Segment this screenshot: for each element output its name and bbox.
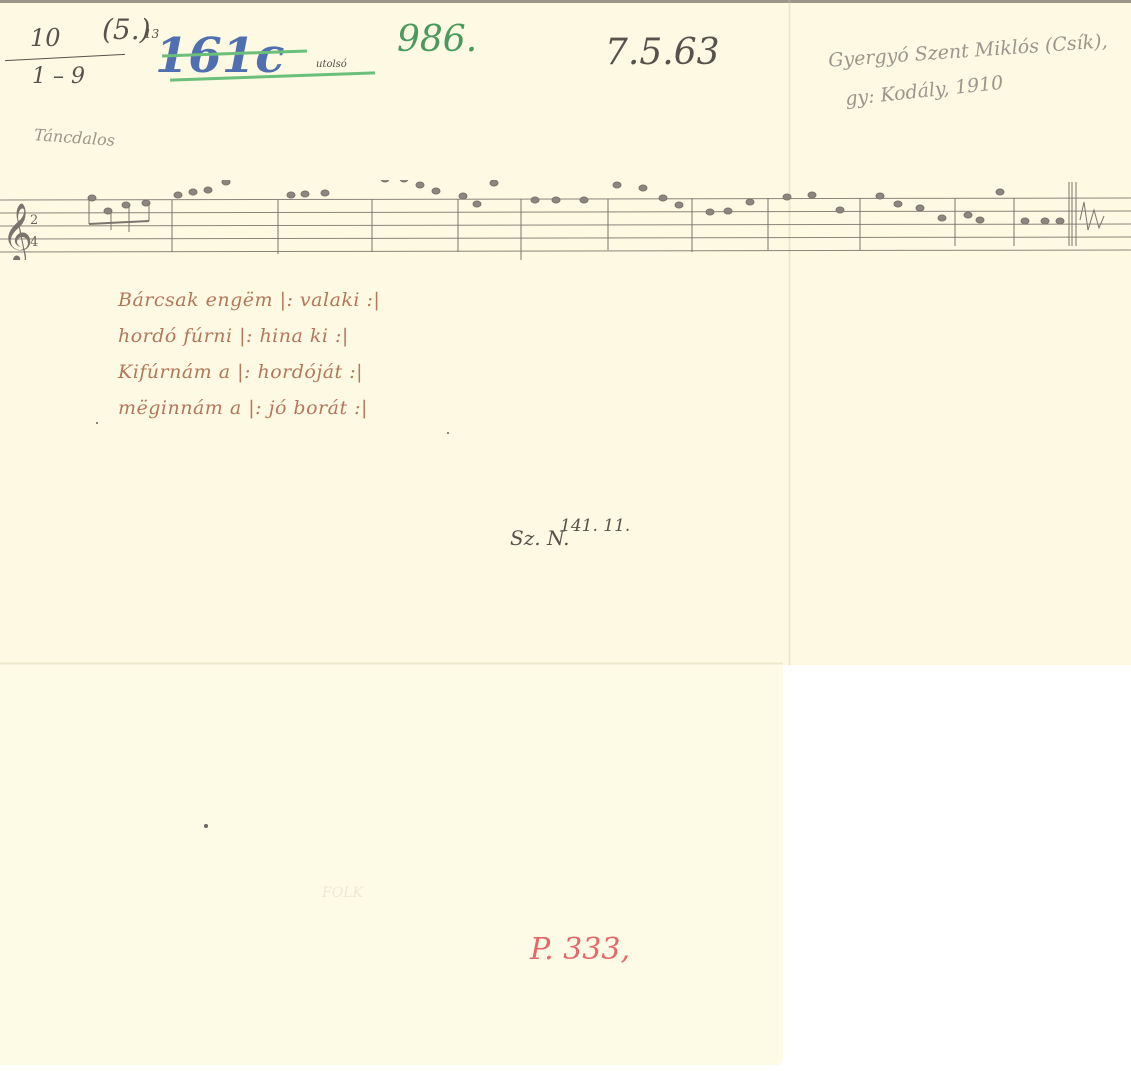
pencil-mark — [96, 422, 98, 424]
lyric-line-2: hordó fúrni |: hina ki :| — [118, 318, 380, 354]
pencil-mark — [447, 432, 449, 434]
struck-annotation: utolsó — [316, 60, 347, 70]
ink-dot — [204, 824, 208, 828]
lyric-line-4: mëginnám a |: jó borát :| — [118, 390, 380, 426]
horizontal-fold — [0, 662, 783, 665]
green-number: 986. — [397, 22, 477, 58]
staff-lines — [0, 198, 1131, 252]
ghost-stamp: FOLK — [322, 886, 363, 900]
music-staff: 𝄞 2 4 — [0, 180, 1131, 260]
svg-text:𝄞: 𝄞 — [2, 203, 33, 260]
final-scribble — [1080, 202, 1104, 230]
lower-sheet — [0, 665, 783, 1065]
page-reference: P. 333, — [530, 935, 630, 965]
lyrics-block: Bárcsak engëm |: valaki :| hordó fúrni |… — [118, 282, 380, 426]
fraction-numerator: 10 — [30, 26, 61, 50]
catalog-number: 141. 11. — [560, 518, 630, 535]
scan-edge-shadow — [0, 0, 1131, 3]
lyric-line-1: Bárcsak engëm |: valaki :| — [118, 282, 380, 318]
svg-text:4: 4 — [30, 235, 38, 250]
lyric-line-3: Kifúrnám a |: hordóját :| — [118, 354, 380, 390]
date-code: 7.5.63 — [605, 35, 720, 71]
vertical-fold — [788, 0, 791, 665]
svg-text:2: 2 — [30, 213, 38, 228]
treble-clef-icon: 𝄞 — [2, 203, 33, 260]
fraction-denominator: 1 – 9 — [32, 66, 85, 88]
